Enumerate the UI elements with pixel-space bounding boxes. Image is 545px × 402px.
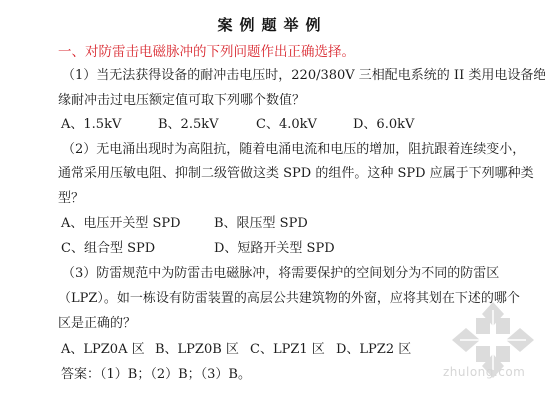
question-3-option-b: B、LPZ0B 区 xyxy=(155,342,239,358)
question-3-line-3: 区是正确的？ xyxy=(58,316,136,332)
watermark-text: zhulong.com xyxy=(443,365,525,379)
question-3-line-1: （3）防雷规范中为防雷击电磁脉冲，将需要保护的空间划分为不同的防雷区 xyxy=(62,266,499,282)
question-2-option-c: C、组合型 SPD xyxy=(61,241,155,257)
question-2-option-a: A、电压开关型 SPD xyxy=(61,216,181,232)
question-3-option-c: C、LPZ1 区 xyxy=(250,342,325,358)
question-1-option-c: C、4.0kV xyxy=(256,117,317,133)
question-2-line-2: 通常采用压敏电阻、抑制二级管做这类 SPD 的组件。这种 SPD 应属于下列哪种… xyxy=(58,166,534,182)
question-1-line-1: （1）当无法获得设备的耐冲击电压时，220/380V 三相配电系统的 II 类用… xyxy=(62,68,545,84)
section-heading: 一、对防雷击电磁脉冲的下列问题作出正确选择。 xyxy=(58,40,355,60)
question-1-option-a: A、1.5kV xyxy=(61,117,121,133)
question-3-option-d: D、LPZ2 区 xyxy=(336,342,411,358)
question-1-line-2: 缘耐冲击过电压额定值可取下列哪个数值？ xyxy=(58,93,305,109)
question-2-line-1: （2）无电涌出现时为高阻抗，随着电涌电流和电压的增加，阻抗跟着连续变小， xyxy=(62,142,525,158)
page-title: 案例题举例 xyxy=(0,14,545,35)
question-2-line-3: 型？ xyxy=(58,191,84,207)
question-1-option-b: B、2.5kV xyxy=(158,117,219,133)
question-2-option-d: D、短路开关型 SPD xyxy=(214,241,335,257)
question-2-option-b: B、限压型 SPD xyxy=(214,216,308,232)
question-1-option-d: D、6.0kV xyxy=(353,117,414,133)
answer-line: 答案：（1）B；（2）B；（3）B。 xyxy=(61,367,251,383)
question-3-option-a: A、LPZ0A 区 xyxy=(61,342,145,358)
